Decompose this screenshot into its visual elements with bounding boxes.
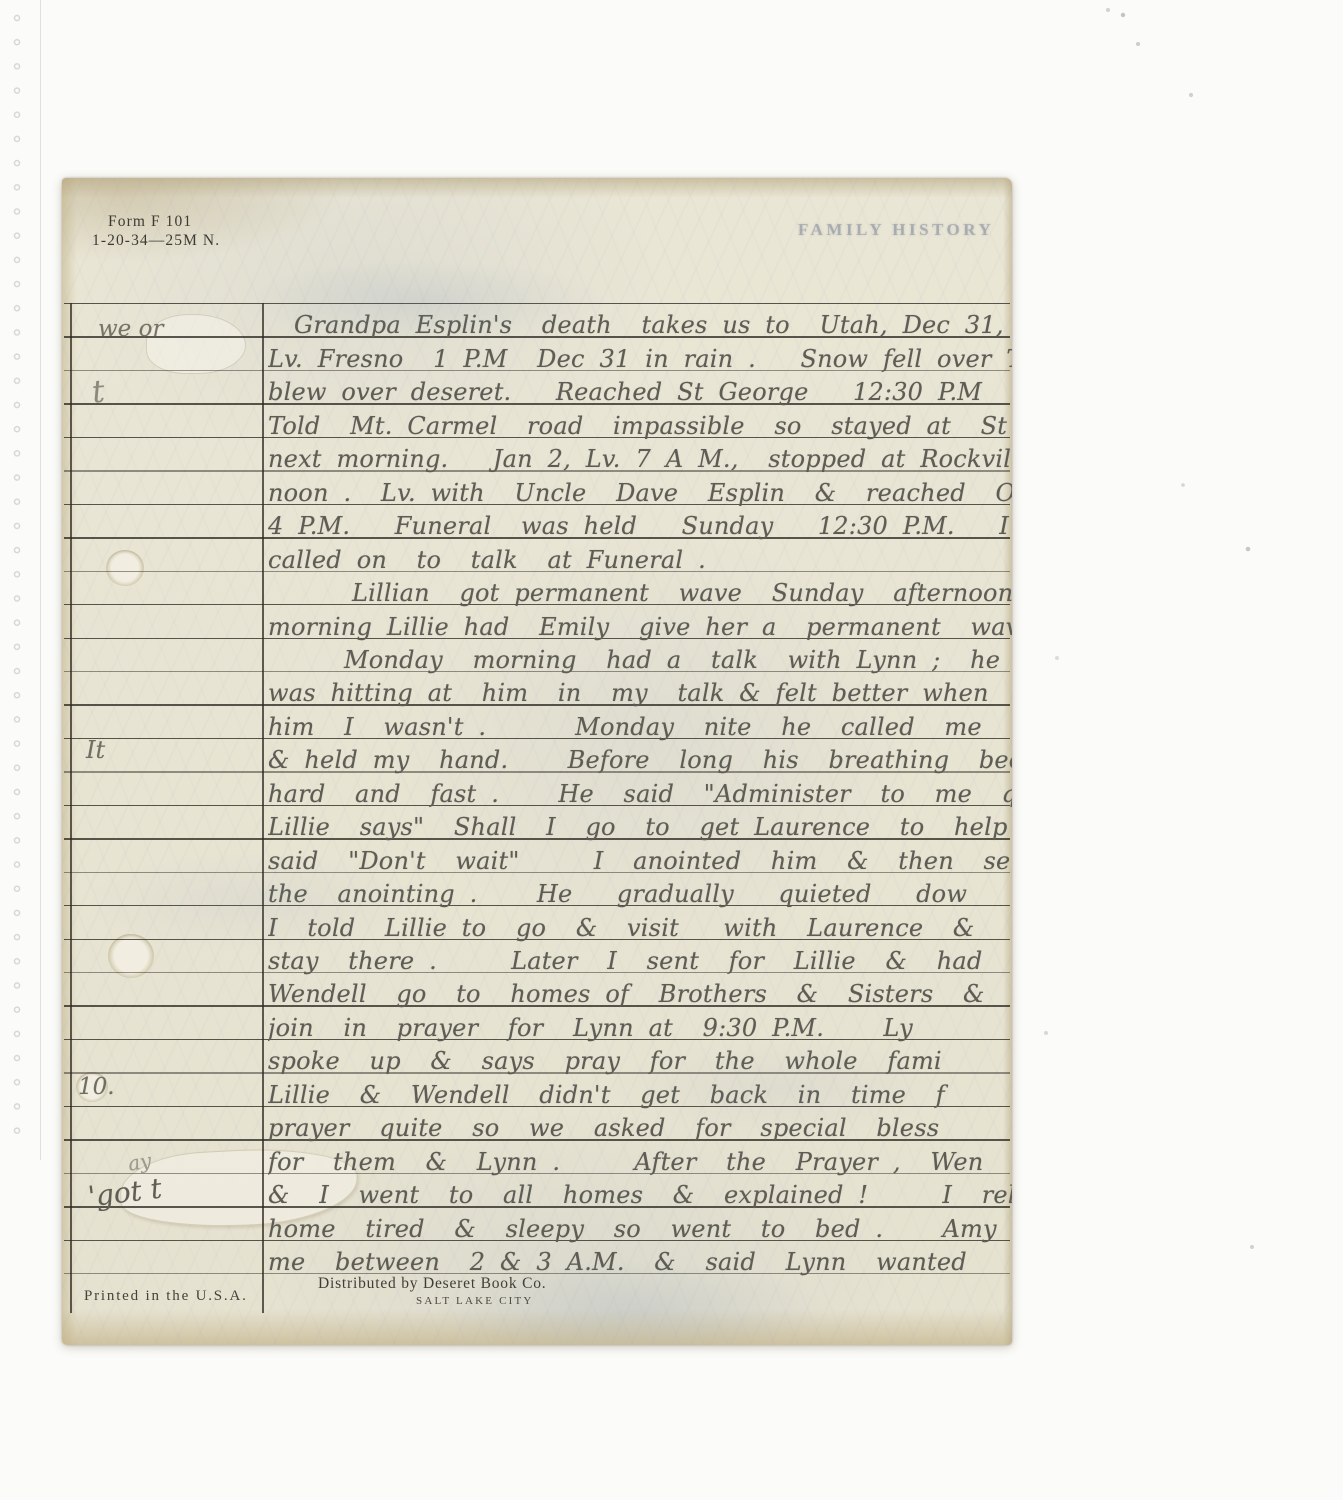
journal-line-29: me between 2 & 3 A.M. & said Lynn wanted xyxy=(268,1248,1012,1276)
distributor-line2: SALT LAKE CITY xyxy=(416,1295,534,1307)
journal-line-28: home tired & sleepy so went to bed . Amy xyxy=(268,1215,1012,1243)
journal-text: Grandpa Esplin's death takes us to Utah,… xyxy=(268,303,1012,1318)
journal-line-20: stay there . Later I sent for Lillie & h… xyxy=(268,947,1012,975)
margin-note-ay: ay xyxy=(126,1148,153,1176)
form-number-line1: Form F 101 xyxy=(92,212,220,231)
journal-line-5: next morning. Jan 2, Lv. 7 A M., stopped… xyxy=(268,445,1012,473)
form-number: Form F 101 1-20-34—25M N. xyxy=(92,212,220,250)
printed-in-usa: Printed in the U.S.A. xyxy=(84,1288,248,1305)
journal-line-8: called on to talk at Funeral . xyxy=(268,546,1012,574)
journal-line-2: Lv. Fresno 1 P.M Dec 31 in rain . Snow f… xyxy=(268,345,1012,373)
journal-page-paper: Form F 101 1-20-34—25M N. FAMILY HISTORY… xyxy=(62,178,1012,1345)
distributor-line1: Distributed by Deseret Book Co. xyxy=(318,1275,546,1293)
journal-line-12: was hitting at him in my talk & felt bet… xyxy=(268,679,1012,707)
journal-line-6: noon . Lv. with Uncle Dave Esplin & reac… xyxy=(268,479,1012,507)
scanned-journal-page: Form F 101 1-20-34—25M N. FAMILY HISTORY… xyxy=(0,0,1343,1500)
journal-line-10: morning Lillie had Emily give her a perm… xyxy=(268,613,1012,641)
journal-line-9: Lillian got permanent wave Sunday aftern… xyxy=(268,579,1012,607)
journal-line-3: blew over deseret. Reached St George 12:… xyxy=(268,378,1012,406)
journal-line-14: & held my hand. Before long his breathin… xyxy=(268,746,1012,774)
journal-line-24: Lillie & Wendell didn't get back in time… xyxy=(268,1081,1012,1109)
journal-line-22: join in prayer for Lynn at 9:30 P.M. Ly xyxy=(268,1014,1012,1042)
journal-line-7: 4 P.M. Funeral was held Sunday 12:30 P.M… xyxy=(268,512,1012,540)
journal-line-11: Monday morning had a talk with Lynn ; he… xyxy=(268,646,1012,674)
journal-line-23: spoke up & says pray for the whole fami xyxy=(268,1047,1012,1075)
journal-line-25: prayer quite so we asked for special ble… xyxy=(268,1114,1012,1142)
margin-note-10: 10. xyxy=(78,1074,115,1100)
form-number-line2: 1-20-34—25M N. xyxy=(92,231,220,250)
journal-line-4: Told Mt. Carmel road impassible so staye… xyxy=(268,412,1012,440)
journal-line-27: & I went to all homes & explained ! I re… xyxy=(268,1181,1012,1209)
journal-line-16: Lillie says" Shall I go to get Laurence … xyxy=(268,813,1012,841)
journal-line-17: said "Don't wait" I anointed him & then … xyxy=(268,847,1012,875)
journal-line-1: Grandpa Esplin's death takes us to Utah,… xyxy=(268,311,1012,339)
journal-line-21: Wendell go to homes of Brothers & Sister… xyxy=(268,980,1012,1008)
margin-note-it: It xyxy=(86,736,105,764)
scanner-edge-line xyxy=(40,0,41,1160)
margin-note-we-or: we or xyxy=(98,316,163,342)
journal-line-18: the anointing . He gradually quieted dow xyxy=(268,880,1012,908)
family-history-stamp: FAMILY HISTORY xyxy=(798,220,1012,240)
scan-specks xyxy=(0,0,2,2)
binder-holes-strip xyxy=(4,6,30,1142)
journal-line-26: for them & Lynn . After the Prayer , Wen xyxy=(268,1148,1012,1176)
journal-line-13: him I wasn't . Monday nite he called me … xyxy=(268,713,1012,741)
left-vertical-rule xyxy=(70,303,72,1313)
journal-line-15: hard and fast . He said "Administer to m… xyxy=(268,780,1012,808)
margin-divider-rule xyxy=(262,303,264,1313)
journal-line-19: I told Lillie to go & visit with Laurenc… xyxy=(268,914,1012,942)
